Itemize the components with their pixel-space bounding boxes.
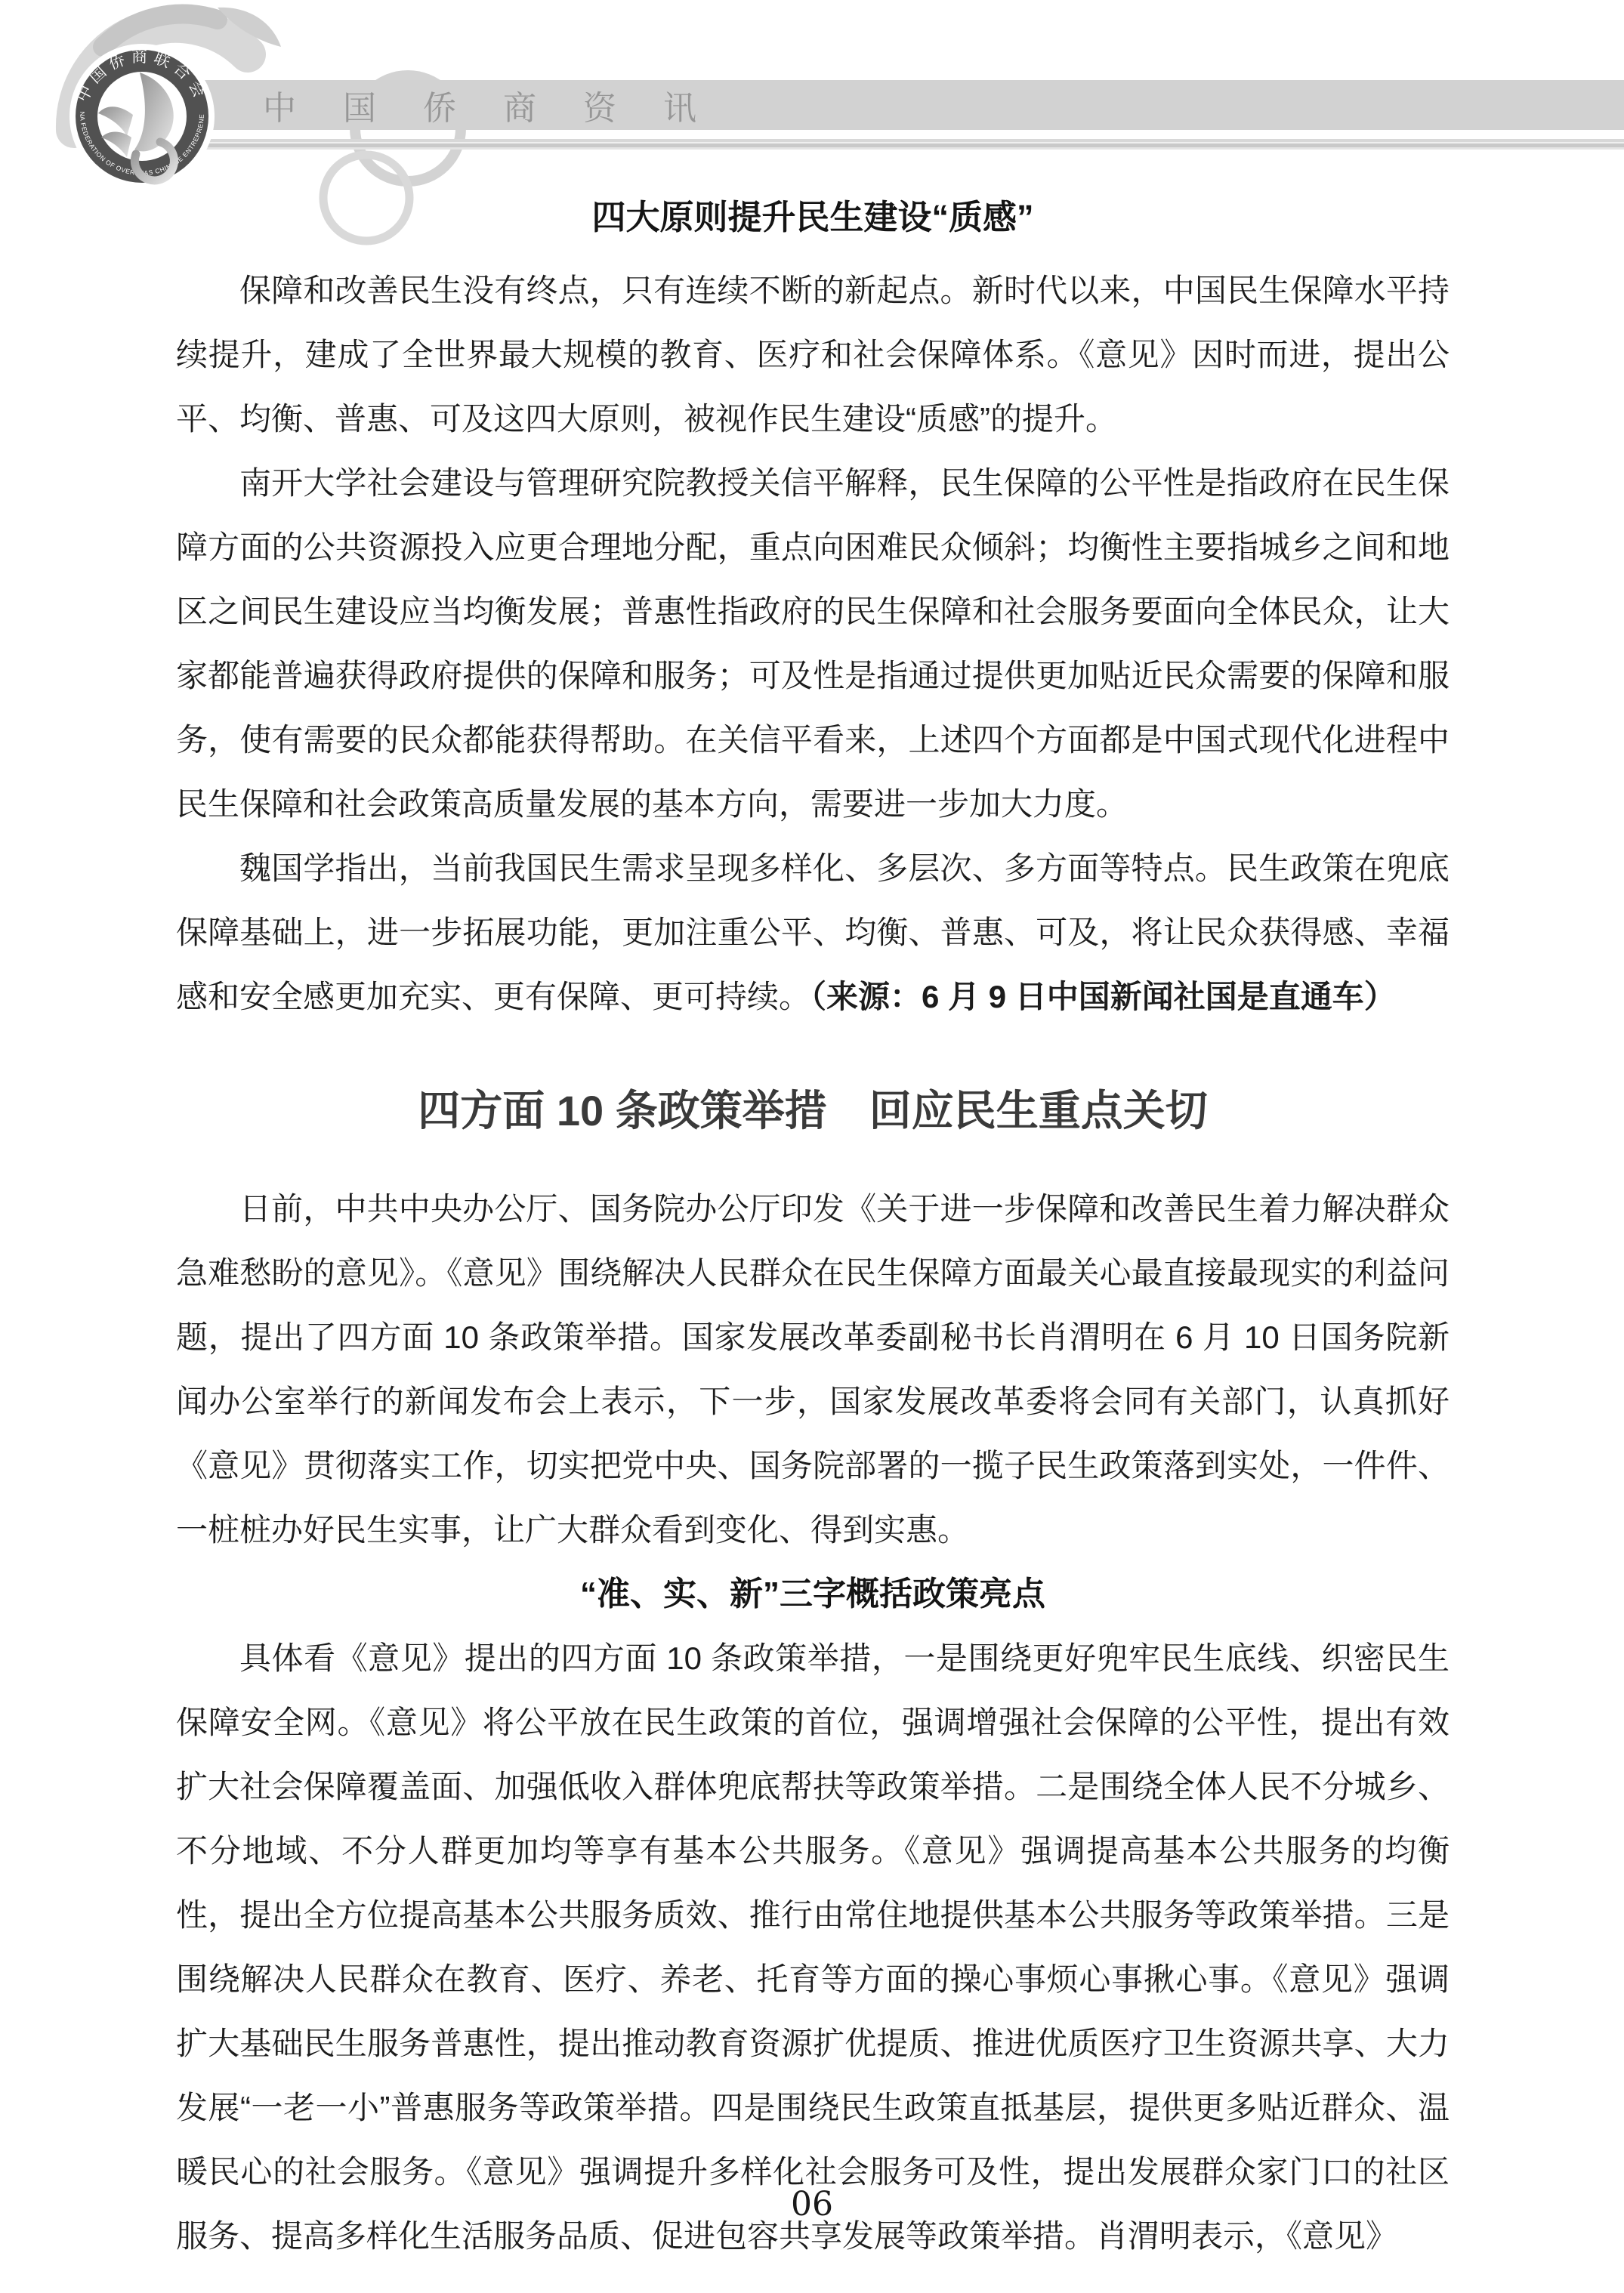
article1-paragraph-1: 保障和改善民生没有终点，只有连续不断的新起点。新时代以来，中国民生保障水平持续提… [176, 258, 1450, 451]
article1-paragraph-3: 魏国学指出，当前我国民生需求呈现多样化、多层次、多方面等特点。民生政策在兜底保障… [176, 836, 1450, 1029]
article1-source: （来源：6 月 9 日中国新闻社国是直通车） [810, 979, 1396, 1014]
article2-title: 四方面 10 条政策举措 回应民生重点关切 [176, 1085, 1450, 1137]
page-content: 四大原则提升民生建设“质感” 保障和改善民生没有终点，只有连续不断的新起点。新时… [176, 0, 1450, 2268]
article2-subheading: “准、实、新”三字概括政策亮点 [176, 1562, 1450, 1626]
magazine-page: 中国侨商资讯 中国侨商联合会 CHINA FEDERATION OF OVERS… [0, 0, 1624, 2293]
article2-paragraph-1: 日前，中共中央办公厅、国务院办公厅印发《关于进一步保障和改善民生着力解决群众急难… [176, 1177, 1450, 1562]
article1-paragraph-2: 南开大学社会建设与管理研究院教授关信平解释，民生保障的公平性是指政府在民生保障方… [176, 451, 1450, 836]
page-number: 06 [0, 2185, 1624, 2224]
article2-paragraph-2: 具体看《意见》提出的四方面 10 条政策举措，一是围绕更好兜牢民生底线、织密民生… [176, 1626, 1450, 2268]
article1-title: 四大原则提升民生建设“质感” [176, 195, 1450, 240]
